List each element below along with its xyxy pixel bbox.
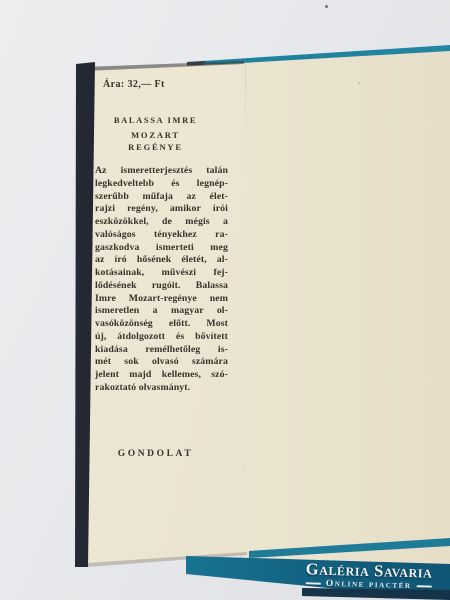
watermark-title: Galéria Savaria <box>294 560 444 581</box>
flap-blurb: Az ismeretterjesztés talán legkedveltebb… <box>95 165 228 395</box>
blurb-line: Imre Mozart-regénye nem <box>95 293 228 306</box>
blurb-line: rajzi regény, amikor írói <box>95 203 228 216</box>
blurb-line: vasóközönség előtt. Most <box>95 318 228 331</box>
blurb-line: rakoztató olvasmányt. <box>95 382 228 395</box>
blurb-line: szerűbb műfaja az élet- <box>95 191 228 204</box>
publisher-name: GONDOLAT <box>95 449 216 459</box>
blurb-line: az író hősének életét, al- <box>95 254 228 267</box>
blurb-line: lődésének rugóit. Balassa <box>95 280 228 293</box>
price-label: Ára: 32,— Ft <box>103 79 228 90</box>
blurb-line: kiadása remélhetőleg is- <box>95 344 228 357</box>
blurb-line: eszközökkel, de mégis a <box>95 216 228 229</box>
blurb-line: kotásainak, művészi fej- <box>95 267 228 280</box>
blurb-line: ismeretlen a magyar ol- <box>95 305 228 318</box>
blurb-line: gaszkodva ismerteti meg <box>95 242 228 255</box>
watermark-banner: Galéria Savaria Online piactér <box>294 560 445 592</box>
blurb-line: valóságos tényekhez ra- <box>95 229 228 242</box>
paper-speck <box>358 82 360 84</box>
blurb-line: mét sok olvasó számára <box>95 356 228 369</box>
blurb-line: jelent majd kellemes, szó- <box>95 369 228 382</box>
book-title-line1: MOZART <box>95 130 216 140</box>
author-name: BALASSA IMRE <box>95 115 216 125</box>
blurb-line: Az ismeretterjesztés talán <box>95 165 228 178</box>
flap-text-column: Ára: 32,— Ft BALASSA IMRE MOZART REGÉNYE… <box>95 79 228 90</box>
book-product-photo: Ára: 32,— Ft BALASSA IMRE MOZART REGÉNYE… <box>0 0 450 600</box>
blurb-line: új, átdolgozott és bővített <box>95 331 228 344</box>
dust-speck <box>325 5 328 8</box>
dash-line-left <box>306 583 321 585</box>
dash-line-right <box>417 585 432 587</box>
book-title-line2: REGÉNYE <box>95 142 216 152</box>
blurb-line: legkedveltebb és legnép- <box>95 178 228 191</box>
